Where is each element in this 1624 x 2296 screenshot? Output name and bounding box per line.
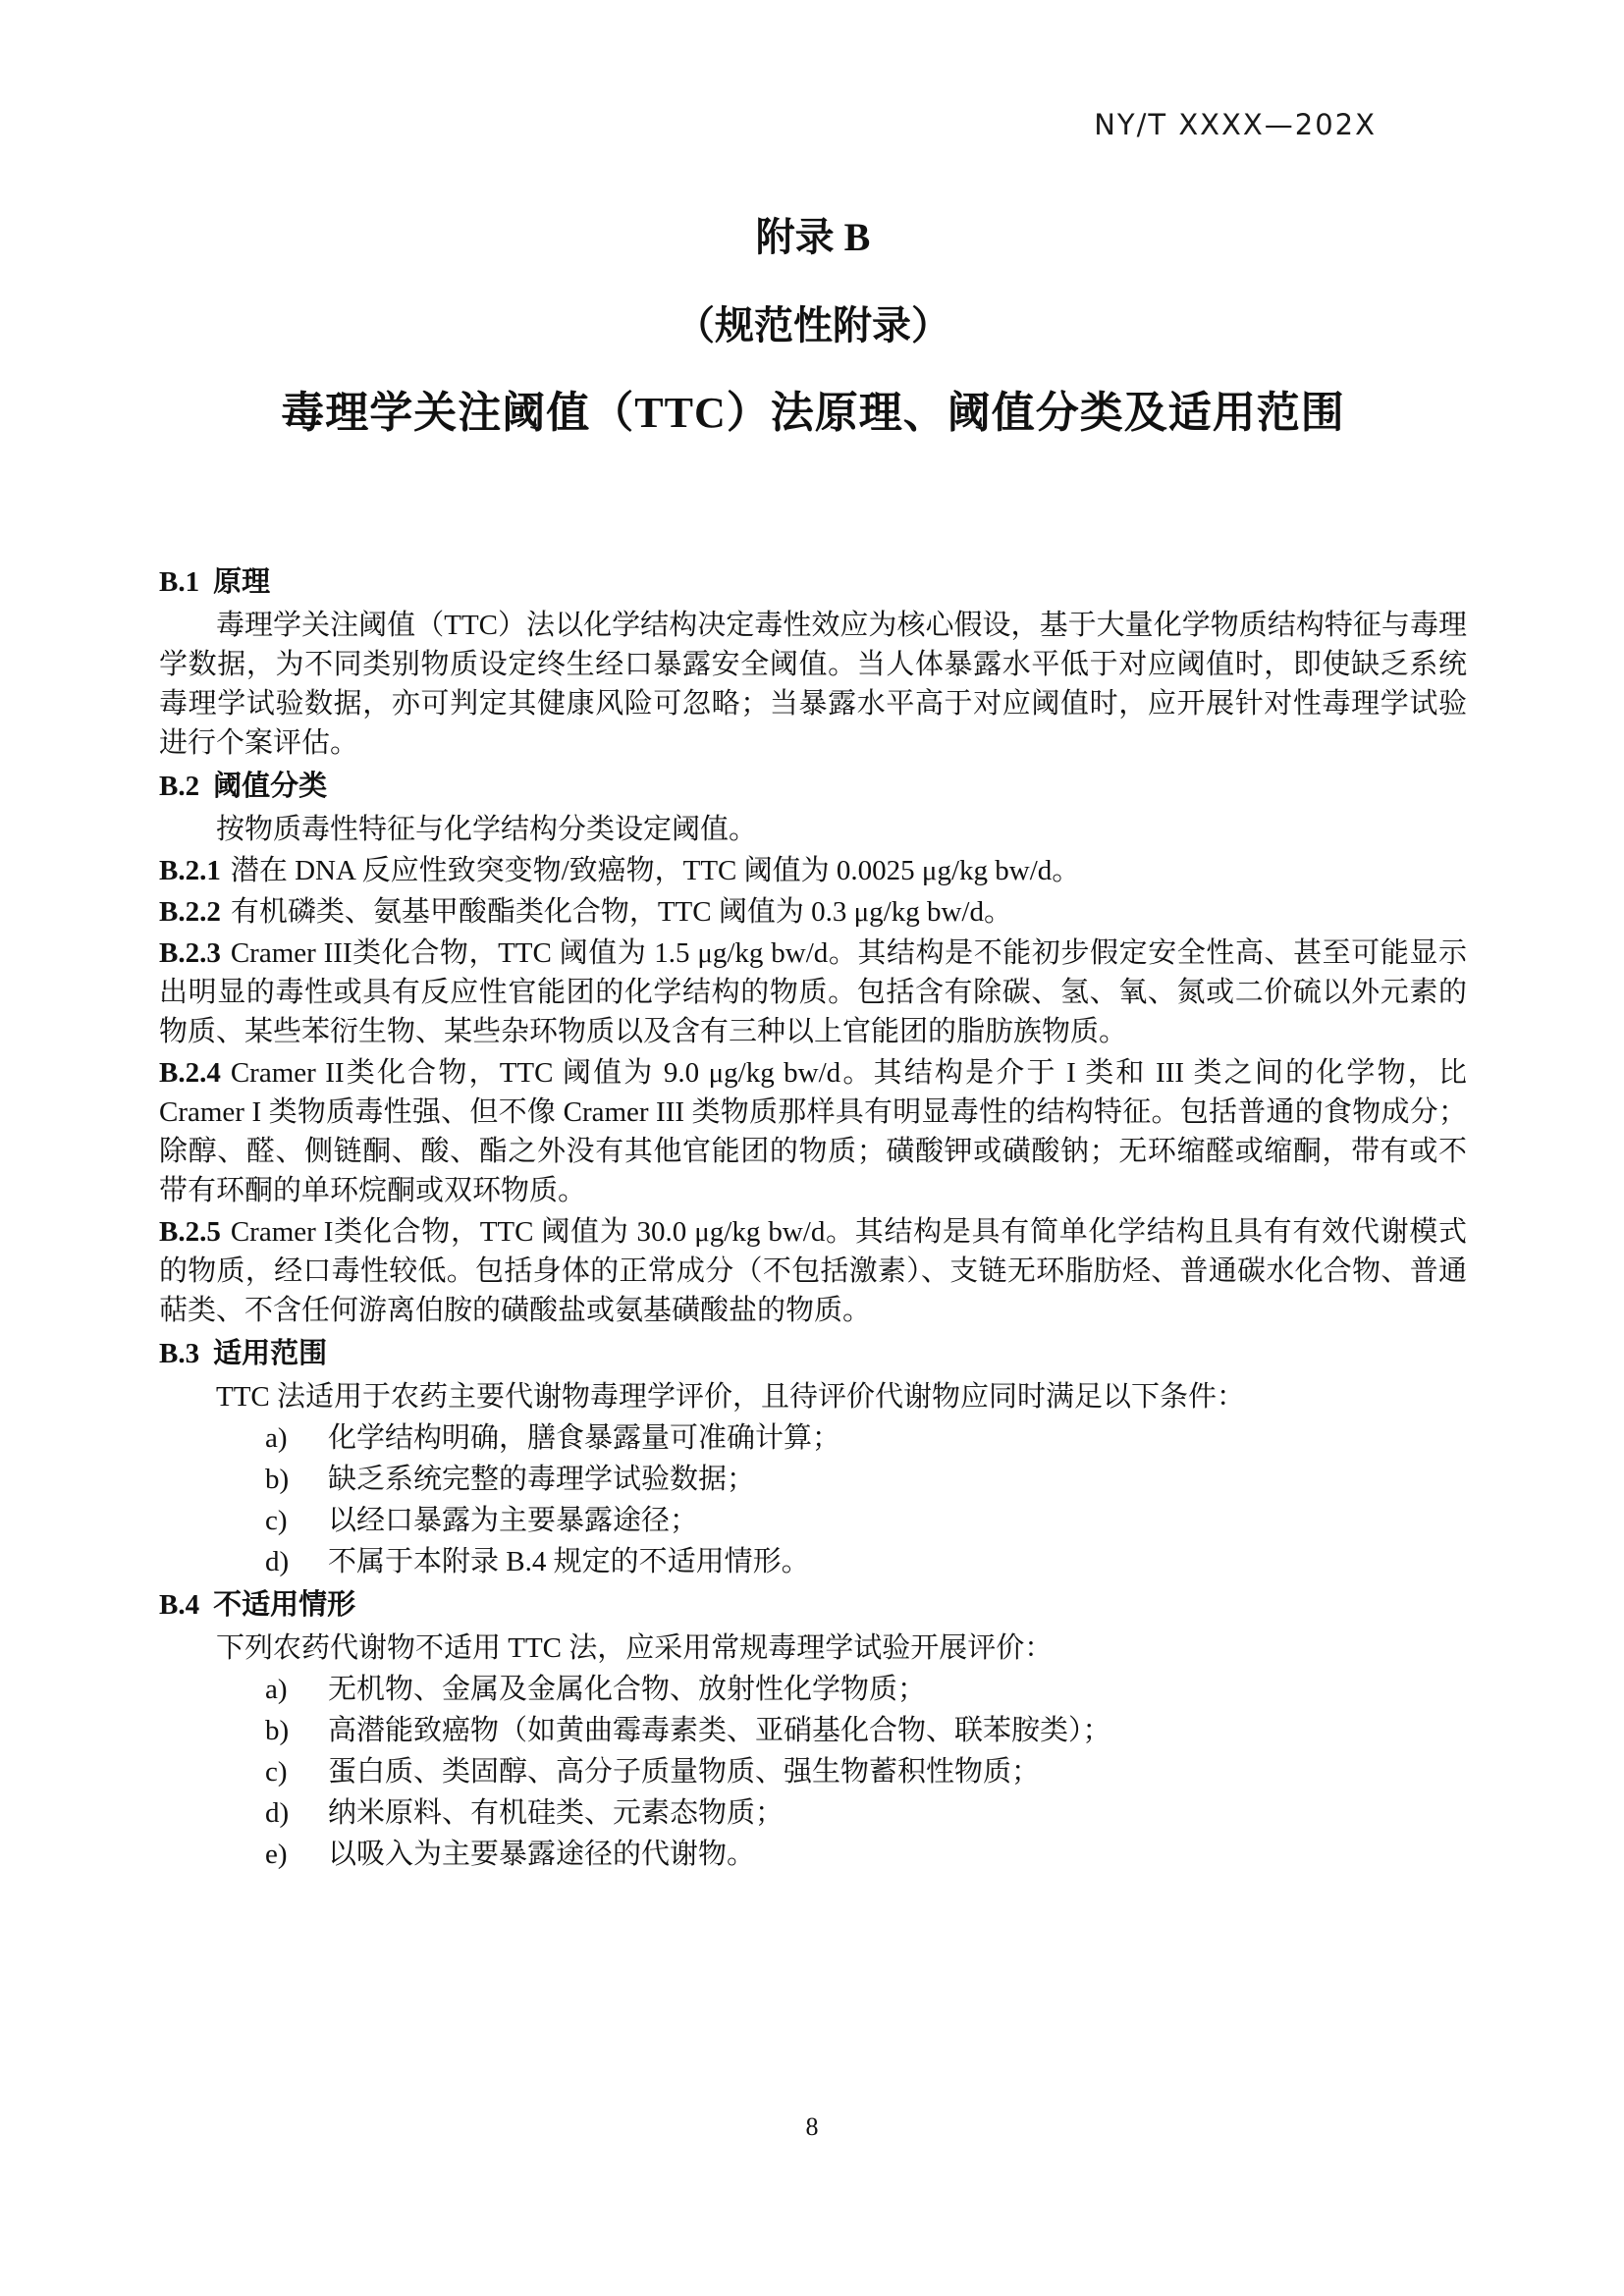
- document-body: B.1原理 毒理学关注阈值（TTC）法以化学结构决定毒性效应为核心假设，基于大量…: [159, 560, 1467, 1875]
- page-content: 附录 B （规范性附录） 毒理学关注阈值（TTC）法原理、阈值分类及适用范围 B…: [159, 0, 1467, 1875]
- subsection-b23: B.2.3Cramer III类化合物，TTC 阈值为 1.5 μg/kg bw…: [159, 933, 1467, 1052]
- section-title: 适用范围: [213, 1338, 327, 1369]
- list-item-label: e): [265, 1835, 328, 1874]
- subsection-text: Cramer III类化合物，TTC 阈值为 1.5 μg/kg bw/d。其结…: [159, 937, 1467, 1047]
- list-item: d) 纳米原料、有机硅类、元素态物质；: [159, 1792, 1467, 1834]
- list-item: d) 不属于本附录 B.4 规定的不适用情形。: [159, 1541, 1467, 1582]
- section-title: 阈值分类: [213, 771, 327, 802]
- page-title: 毒理学关注阈值（TTC）法原理、阈值分类及适用范围: [159, 387, 1467, 440]
- section-number: B.4: [159, 1589, 199, 1621]
- subsection-b24: B.2.4Cramer II类化合物，TTC 阈值为 9.0 μg/kg bw/…: [159, 1052, 1467, 1211]
- section-number: B.1: [159, 566, 199, 598]
- section-number: B.3: [159, 1338, 199, 1369]
- list-item: e) 以吸入为主要暴露途径的代谢物。: [159, 1834, 1467, 1875]
- section-b1-paragraph: 毒理学关注阈值（TTC）法以化学结构决定毒性效应为核心假设，基于大量化学物质结构…: [159, 605, 1467, 764]
- list-item-text: 无机物、金属及金属化合物、放射性化学物质；: [328, 1670, 1467, 1709]
- list-item: a) 无机物、金属及金属化合物、放射性化学物质；: [159, 1669, 1467, 1710]
- subsection-number: B.2.2: [159, 896, 221, 928]
- list-item: b) 高潜能致癌物（如黄曲霉毒素类、亚硝基化合物、联苯胺类）；: [159, 1710, 1467, 1751]
- list-item: b) 缺乏系统完整的毒理学试验数据；: [159, 1459, 1467, 1500]
- subsection-b21: B.2.1潜在 DNA 反应性致突变物/致癌物，TTC 阈值为 0.0025 μ…: [159, 850, 1467, 891]
- subsection-number: B.2.4: [159, 1057, 221, 1089]
- section-heading-b4: B.4不适用情形: [159, 1582, 1467, 1628]
- list-item: a) 化学结构明确，膳食暴露量可准确计算；: [159, 1417, 1467, 1459]
- subsection-number: B.2.1: [159, 855, 221, 886]
- list-item-label: c): [265, 1752, 328, 1791]
- subsection-text: Cramer II类化合物，TTC 阈值为 9.0 μg/kg bw/d。其结构…: [159, 1057, 1467, 1206]
- list-item-text: 以吸入为主要暴露途径的代谢物。: [328, 1835, 1467, 1874]
- list-item: c) 蛋白质、类固醇、高分子质量物质、强生物蓄积性物质；: [159, 1751, 1467, 1792]
- section-title: 不适用情形: [213, 1589, 355, 1621]
- section-heading-b2: B.2阈值分类: [159, 764, 1467, 809]
- subsection-text: 潜在 DNA 反应性致突变物/致癌物，TTC 阈值为 0.0025 μg/kg …: [231, 855, 1080, 886]
- section-b3-intro: TTC 法适用于农药主要代谢物毒理学评价，且待评价代谢物应同时满足以下条件：: [159, 1376, 1467, 1417]
- subsection-b25: B.2.5Cramer I类化合物，TTC 阈值为 30.0 μg/kg bw/…: [159, 1211, 1467, 1331]
- page-number: 8: [0, 2112, 1624, 2142]
- subsection-text: Cramer I类化合物，TTC 阈值为 30.0 μg/kg bw/d。其结构…: [159, 1216, 1467, 1326]
- list-item-label: d): [265, 1793, 328, 1833]
- section-heading-b3: B.3适用范围: [159, 1331, 1467, 1376]
- section-b2-intro: 按物质毒性特征与化学结构分类设定阈值。: [159, 809, 1467, 850]
- list-item-label: b): [265, 1711, 328, 1750]
- appendix-title: 附录 B: [159, 214, 1467, 261]
- list-item-text: 高潜能致癌物（如黄曲霉毒素类、亚硝基化合物、联苯胺类）；: [328, 1711, 1467, 1750]
- subsection-number: B.2.3: [159, 937, 221, 969]
- list-item-text: 蛋白质、类固醇、高分子质量物质、强生物蓄积性物质；: [328, 1752, 1467, 1791]
- list-item-label: b): [265, 1460, 328, 1499]
- subsection-number: B.2.5: [159, 1216, 221, 1248]
- list-item-text: 化学结构明确，膳食暴露量可准确计算；: [328, 1418, 1467, 1458]
- list-item-text: 纳米原料、有机硅类、元素态物质；: [328, 1793, 1467, 1833]
- normative-annex-label: （规范性附录）: [159, 302, 1467, 349]
- list-item: c) 以经口暴露为主要暴露途径；: [159, 1500, 1467, 1541]
- list-item-text: 不属于本附录 B.4 规定的不适用情形。: [328, 1542, 1467, 1581]
- list-item-label: d): [265, 1542, 328, 1581]
- document-page: { "page": { "header_code": "NY/T XXXX—20…: [0, 0, 1624, 2296]
- list-item-label: a): [265, 1670, 328, 1709]
- section-number: B.2: [159, 771, 199, 802]
- section-heading-b1: B.1原理: [159, 560, 1467, 605]
- section-b4-intro: 下列农药代谢物不适用 TTC 法，应采用常规毒理学试验开展评价：: [159, 1628, 1467, 1669]
- list-item-text: 以经口暴露为主要暴露途径；: [328, 1501, 1467, 1540]
- list-item-label: a): [265, 1418, 328, 1458]
- section-title: 原理: [213, 566, 270, 598]
- subsection-text: 有机磷类、氨基甲酸酯类化合物，TTC 阈值为 0.3 μg/kg bw/d。: [231, 896, 1012, 928]
- list-item-label: c): [265, 1501, 328, 1540]
- list-item-text: 缺乏系统完整的毒理学试验数据；: [328, 1460, 1467, 1499]
- subsection-b22: B.2.2有机磷类、氨基甲酸酯类化合物，TTC 阈值为 0.3 μg/kg bw…: [159, 891, 1467, 933]
